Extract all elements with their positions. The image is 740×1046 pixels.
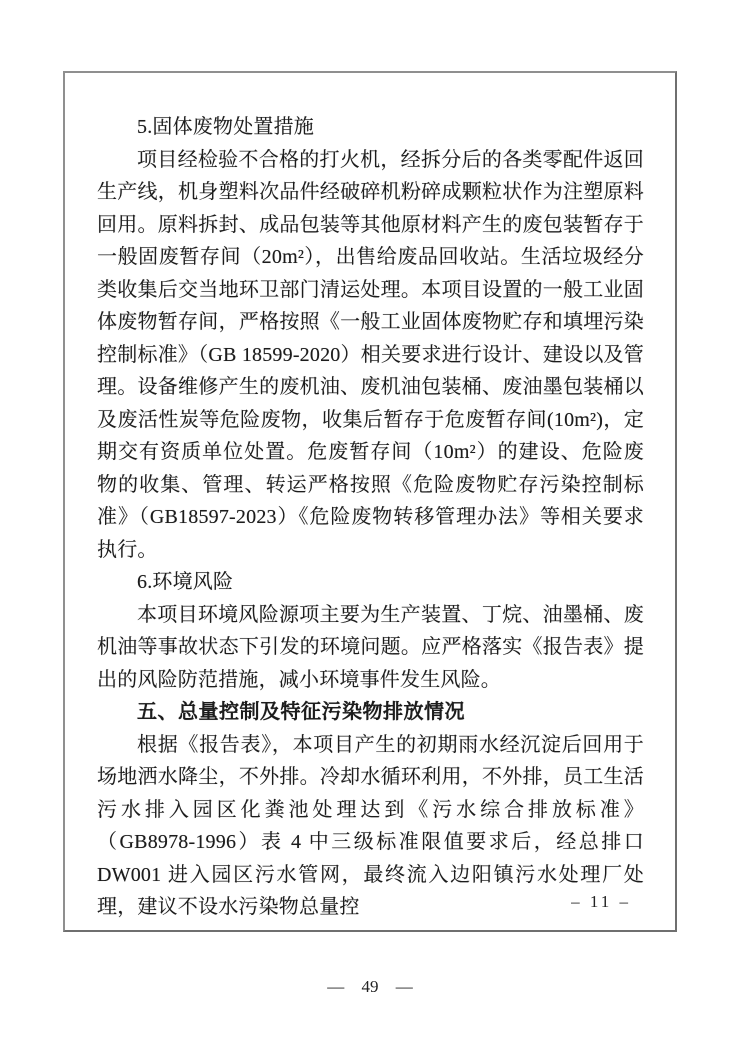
section-heading-total-quantity-control: 五、总量控制及特征污染物排放情况 xyxy=(97,696,644,729)
paragraph-solid-waste-disposal: 项目经检验不合格的打火机，经拆分后的各类零配件返回生产线，机身塑料次品件经破碎机… xyxy=(97,144,644,567)
document-page: 5.固体废物处置措施 项目经检验不合格的打火机，经拆分后的各类零配件返回生产线，… xyxy=(0,0,740,1046)
section-heading-environmental-risk: 6.环境风险 xyxy=(97,566,644,599)
page-number-outer: — 49 — xyxy=(0,977,740,997)
document-content: 5.固体废物处置措施 项目经检验不合格的打火机，经拆分后的各类零配件返回生产线，… xyxy=(65,73,675,924)
section-heading-solid-waste-disposal: 5.固体废物处置措施 xyxy=(97,111,644,144)
page-border-box: 5.固体废物处置措施 项目经检验不合格的打火机，经拆分后的各类零配件返回生产线，… xyxy=(63,71,677,932)
paragraph-total-quantity-control: 根据《报告表》，本项目产生的初期雨水经沉淀后回用于场地洒水降尘，不外排。冷却水循… xyxy=(97,729,644,924)
page-number-inner: – 11 – xyxy=(571,892,631,912)
paragraph-environmental-risk: 本项目环境风险源项主要为生产装置、丁烷、油墨桶、废机油等事故状态下引发的环境问题… xyxy=(97,599,644,697)
